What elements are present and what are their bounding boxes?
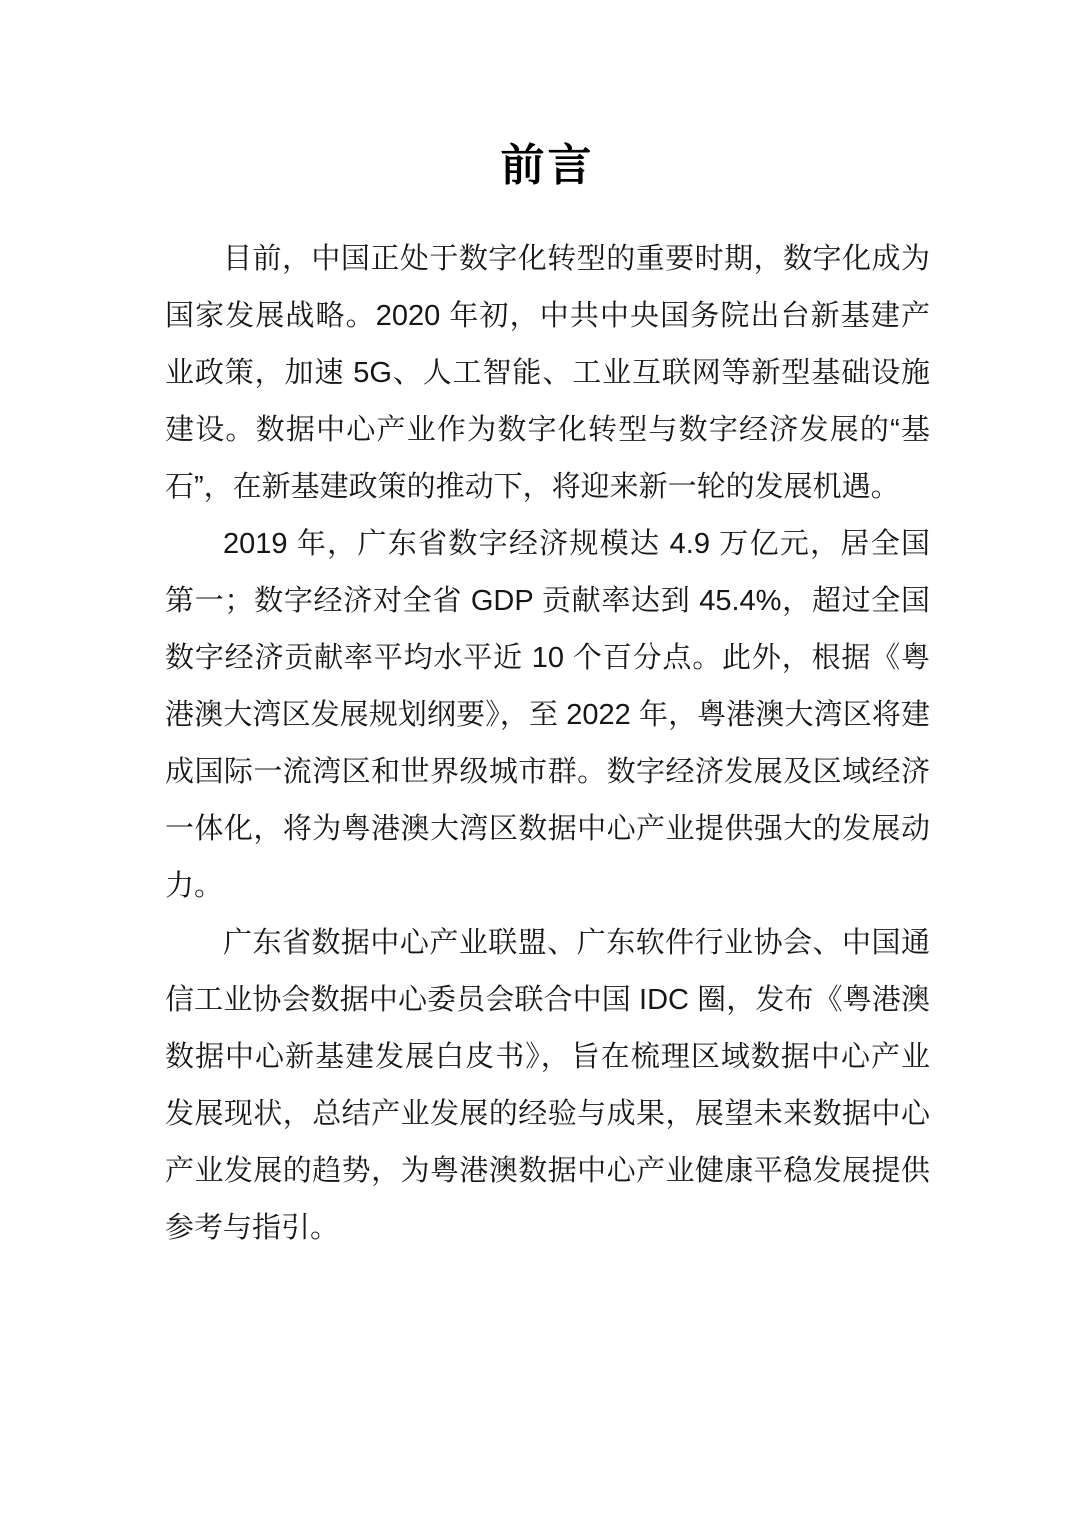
paragraph-guangdong-digital-economy: 2019 年，广东省数字经济规模达 4.9 万亿元，居全国第一；数字经济对全省 … [165, 516, 930, 915]
paragraph-intro-digital-transformation: 目前，中国正处于数字化转型的重要时期，数字化成为国家发展战略。2020 年初，中… [165, 231, 930, 516]
paragraph-whitepaper-publication: 广东省数据中心产业联盟、广东软件行业协会、中国通信工业协会数据中心委员会联合中国… [165, 915, 930, 1257]
page-title: 前言 [165, 140, 930, 193]
document-page: 前言 目前，中国正处于数字化转型的重要时期，数字化成为国家发展战略。2020 年… [0, 0, 1080, 1527]
